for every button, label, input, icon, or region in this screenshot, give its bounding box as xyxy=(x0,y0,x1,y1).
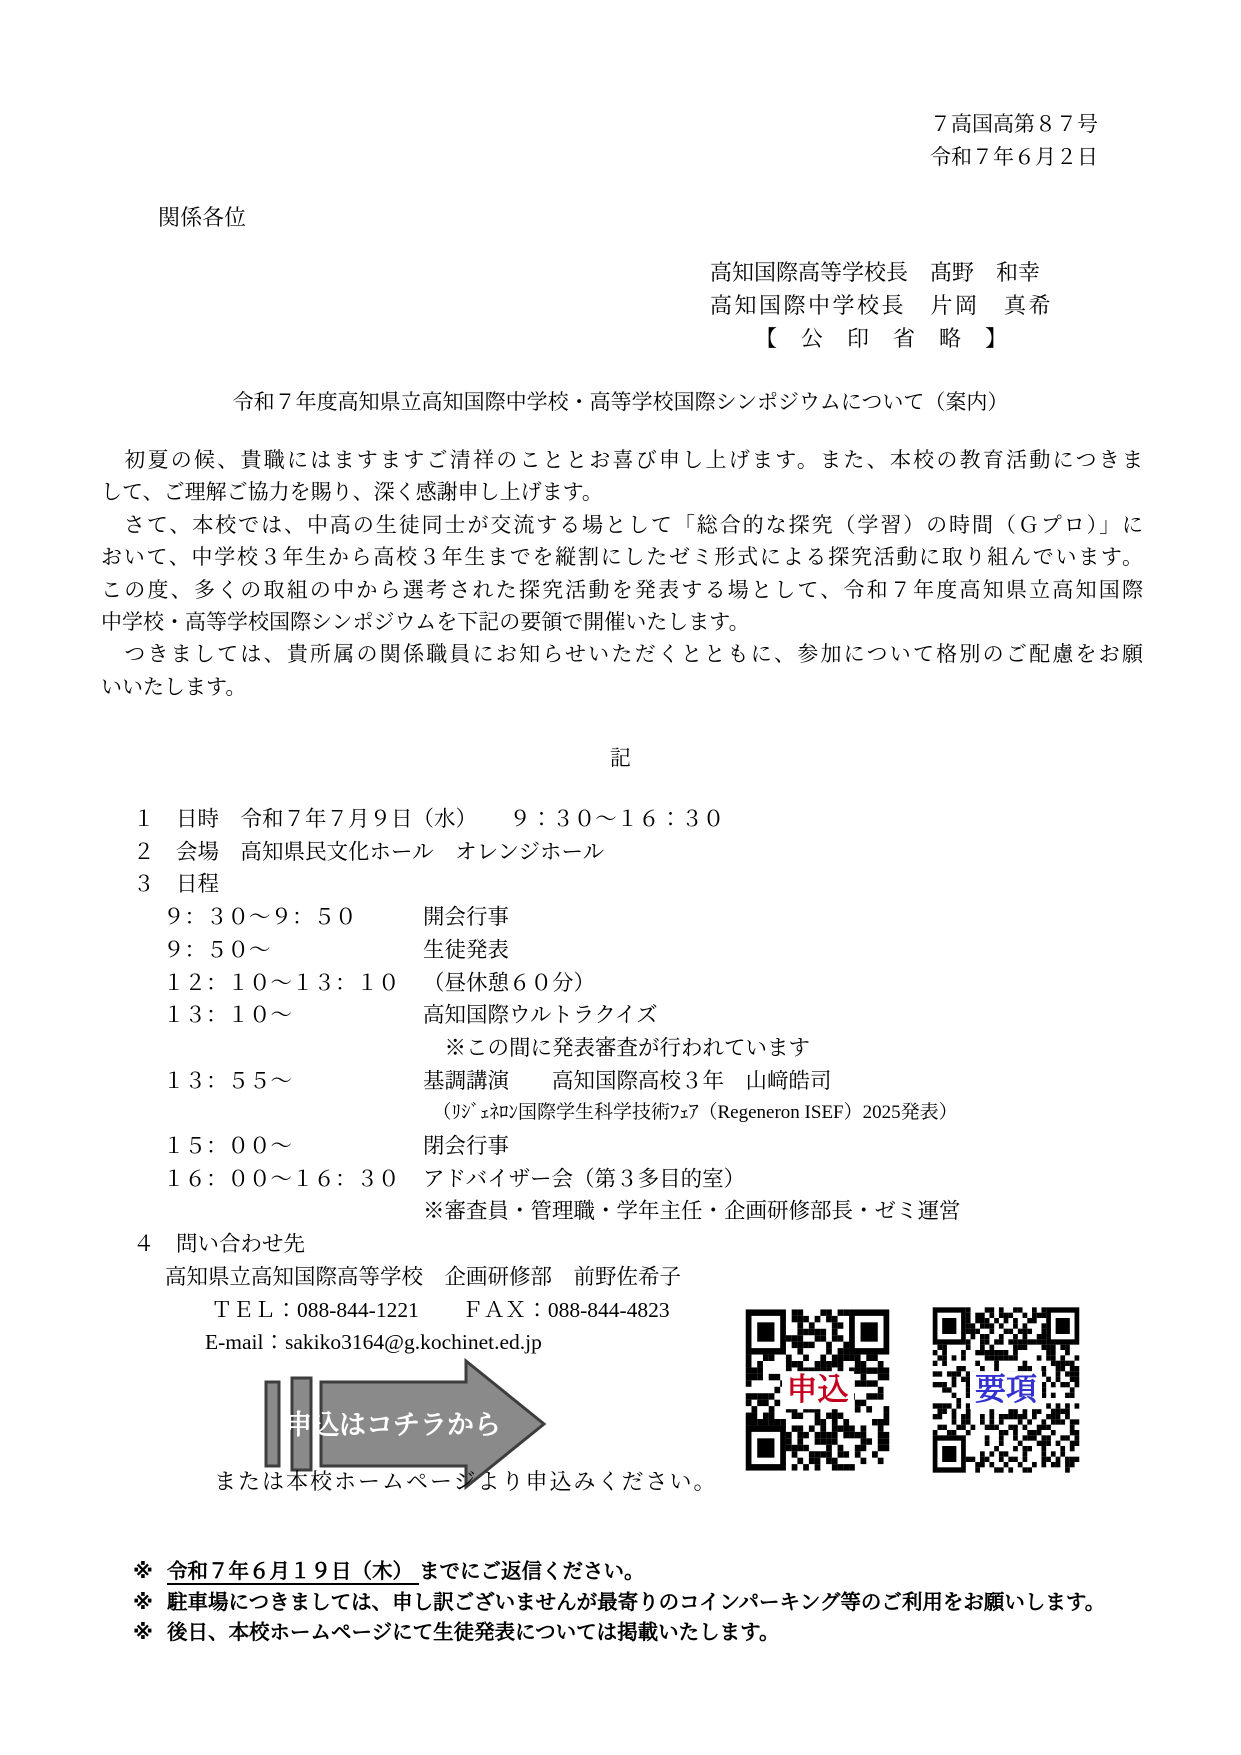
schedule-desc: 開会行事 xyxy=(423,901,1163,934)
footnotes: ※ 令和７年６月１９日（木）までにご返信ください。 ※ 駐車場につきましては、申… xyxy=(133,1557,1213,1649)
note-marker: ※ xyxy=(133,1618,167,1649)
document-title: 令和７年度高知県立高知国際中学校・高等学校国際シンポジウムについて（案内） xyxy=(0,386,1241,416)
document-number: ７高国高第８７号 xyxy=(930,108,1098,141)
schedule-time: １２：１０～１３：１０ xyxy=(163,967,423,1000)
document-page: ７高国高第８７号 令和７年６月２日 関係各位 高知国際高等学校長 髙野 和幸 高… xyxy=(0,0,1241,1755)
schedule-note-review: ※この間に発表審査が行われています xyxy=(423,1032,1163,1065)
footnote-parking: ※ 駐車場につきましては、申し訳ございませんが最寄りのコインパーキング等のご利用… xyxy=(133,1588,1213,1619)
schedule-row: １５：００～ 閉会行事 xyxy=(133,1130,1163,1163)
sender-junior-high-principal: 高知国際中学校長 片岡 真希 xyxy=(710,289,1053,322)
schedule-time xyxy=(163,1032,423,1065)
schedule-row: １２：１０～１３：１０ （昼休憩６０分） xyxy=(133,967,1163,1000)
seal-omitted-note: 【 公 印 省 略 】 xyxy=(710,322,1053,355)
schedule-time: １３：５５～ xyxy=(163,1065,423,1098)
footnote-deadline: ※ 令和７年６月１９日（木）までにご返信ください。 xyxy=(133,1557,1213,1588)
schedule-row: ※審査員・管理職・学年主任・企画研修部長・ゼミ運営 xyxy=(133,1195,1163,1228)
homepage-apply-note: または本校ホームページより申込みください。 xyxy=(214,1465,718,1496)
body-line: して、ご理解ご協力を賜り、深く感謝申し上げます。 xyxy=(101,476,1143,508)
schedule-row: ９：３０～９：５０ 開会行事 xyxy=(133,901,1163,934)
note-marker: ※ xyxy=(133,1557,167,1588)
schedule-time: １５：００～ xyxy=(163,1130,423,1163)
sender-high-school-principal: 高知国際高等学校長 髙野 和幸 xyxy=(710,256,1053,289)
detail-item-datetime: １ 日時 令和７年７月９日（水） ９：３０～１６：３０ xyxy=(133,803,1163,836)
body-line: つきましては、貴所属の関係職員にお知らせいただくとともに、参加について格別のご配… xyxy=(101,638,1143,670)
body-line: いいたします。 xyxy=(101,671,1143,703)
schedule-desc: アドバイザー会（第３多目的室） xyxy=(423,1163,1163,1196)
note-text: 後日、本校ホームページにて生徒発表については掲載いたします。 xyxy=(167,1618,780,1649)
qr-label-guidelines: 要項 xyxy=(970,1371,1042,1409)
arrow-bar-icon xyxy=(266,1382,279,1466)
schedule-time: ９：３０～９：５０ xyxy=(163,901,423,934)
body-line: 初夏の候、貴職にはますますご清祥のこととお喜び申し上げます。また、本校の教育活動… xyxy=(101,444,1143,476)
document-date: 令和７年６月２日 xyxy=(930,141,1098,174)
schedule-row: １６：００～１６：３０ アドバイザー会（第３多目的室） xyxy=(133,1163,1163,1196)
sender-block: 高知国際高等学校長 髙野 和幸 高知国際中学校長 片岡 真希 【 公 印 省 略… xyxy=(710,256,1053,355)
record-heading: 記 xyxy=(0,742,1241,772)
qr-label-apply: 申込 xyxy=(782,1371,854,1409)
detail-item-venue: ２ 会場 高知県民文化ホール オレンジホール xyxy=(133,836,1163,869)
apply-arrow-label: 申込はコチラから xyxy=(285,1410,501,1440)
schedule-time: ９：５０～ xyxy=(163,934,423,967)
schedule-keynote-subnote: （ﾘｼﾞｪﾈﾛﾝ国際学生科学技術ﾌｪｱ（Regeneron ISEF）2025発… xyxy=(423,1097,1163,1130)
details-list: １ 日時 令和７年７月９日（水） ９：３０～１６：３０ ２ 会場 高知県民文化ホ… xyxy=(133,803,1163,1359)
schedule-time: １６：００～１６：３０ xyxy=(163,1163,423,1196)
body-line: 中学校・高等学校国際シンポジウムを下記の要領で開催いたします。 xyxy=(101,606,1143,638)
note-text: 駐車場につきましては、申し訳ございませんが最寄りのコインパーキング等のご利用をお… xyxy=(167,1588,1105,1619)
note-text: までにご返信ください。 xyxy=(419,1560,645,1583)
addressee: 関係各位 xyxy=(158,201,246,232)
schedule-row: ※この間に発表審査が行われています xyxy=(133,1032,1163,1065)
contact-office: 高知県立高知国際高等学校 企画研修部 前野佐希子 xyxy=(133,1261,1163,1294)
detail-item-contact: ４ 問い合わせ先 xyxy=(133,1228,1163,1261)
schedule-desc: 閉会行事 xyxy=(423,1130,1163,1163)
body-paragraphs: 初夏の候、貴職にはますますご清祥のこととお喜び申し上げます。また、本校の教育活動… xyxy=(101,444,1143,703)
footnote-homepage: ※ 後日、本校ホームページにて生徒発表については掲載いたします。 xyxy=(133,1618,1213,1649)
schedule-time xyxy=(163,1097,423,1130)
qr-code-apply: 申込 xyxy=(740,1303,895,1477)
detail-item-program: ３ 日程 xyxy=(133,868,1163,901)
note-marker: ※ xyxy=(133,1588,167,1619)
schedule-desc: 高知国際ウルトラクイズ xyxy=(423,999,1163,1032)
schedule-note-advisers: ※審査員・管理職・学年主任・企画研修部長・ゼミ運営 xyxy=(423,1195,1163,1228)
schedule-time: １３：１０～ xyxy=(163,999,423,1032)
schedule-row: １３：１０～ 高知国際ウルトラクイズ xyxy=(133,999,1163,1032)
document-meta: ７高国高第８７号 令和７年６月２日 xyxy=(930,108,1098,174)
schedule-desc: 生徒発表 xyxy=(423,934,1163,967)
schedule-time xyxy=(163,1195,423,1228)
schedule-row: １３：５５～ 基調講演 高知国際高校３年 山﨑皓司 xyxy=(133,1065,1163,1098)
qr-code-guidelines: 要項 xyxy=(928,1302,1084,1478)
body-line: この度、多くの取組の中から選考された探究活動を発表する場として、令和７年度高知県… xyxy=(101,574,1143,606)
schedule-row: ９：５０～ 生徒発表 xyxy=(133,934,1163,967)
body-line: さて、本校では、中高の生徒同士が交流する場として「総合的な探究（学習）の時間（Ｇ… xyxy=(101,509,1143,541)
schedule-row: （ﾘｼﾞｪﾈﾛﾝ国際学生科学技術ﾌｪｱ（Regeneron ISEF）2025発… xyxy=(133,1097,1163,1130)
body-line: おいて、中学校３年生から高校３年生までを縦割にしたゼミ形式による探究活動に取り組… xyxy=(101,541,1143,573)
deadline-date: 令和７年６月１９日（木） xyxy=(167,1560,419,1585)
schedule-desc: 基調講演 高知国際高校３年 山﨑皓司 xyxy=(423,1065,1163,1098)
schedule-desc: （昼休憩６０分） xyxy=(423,967,1163,1000)
